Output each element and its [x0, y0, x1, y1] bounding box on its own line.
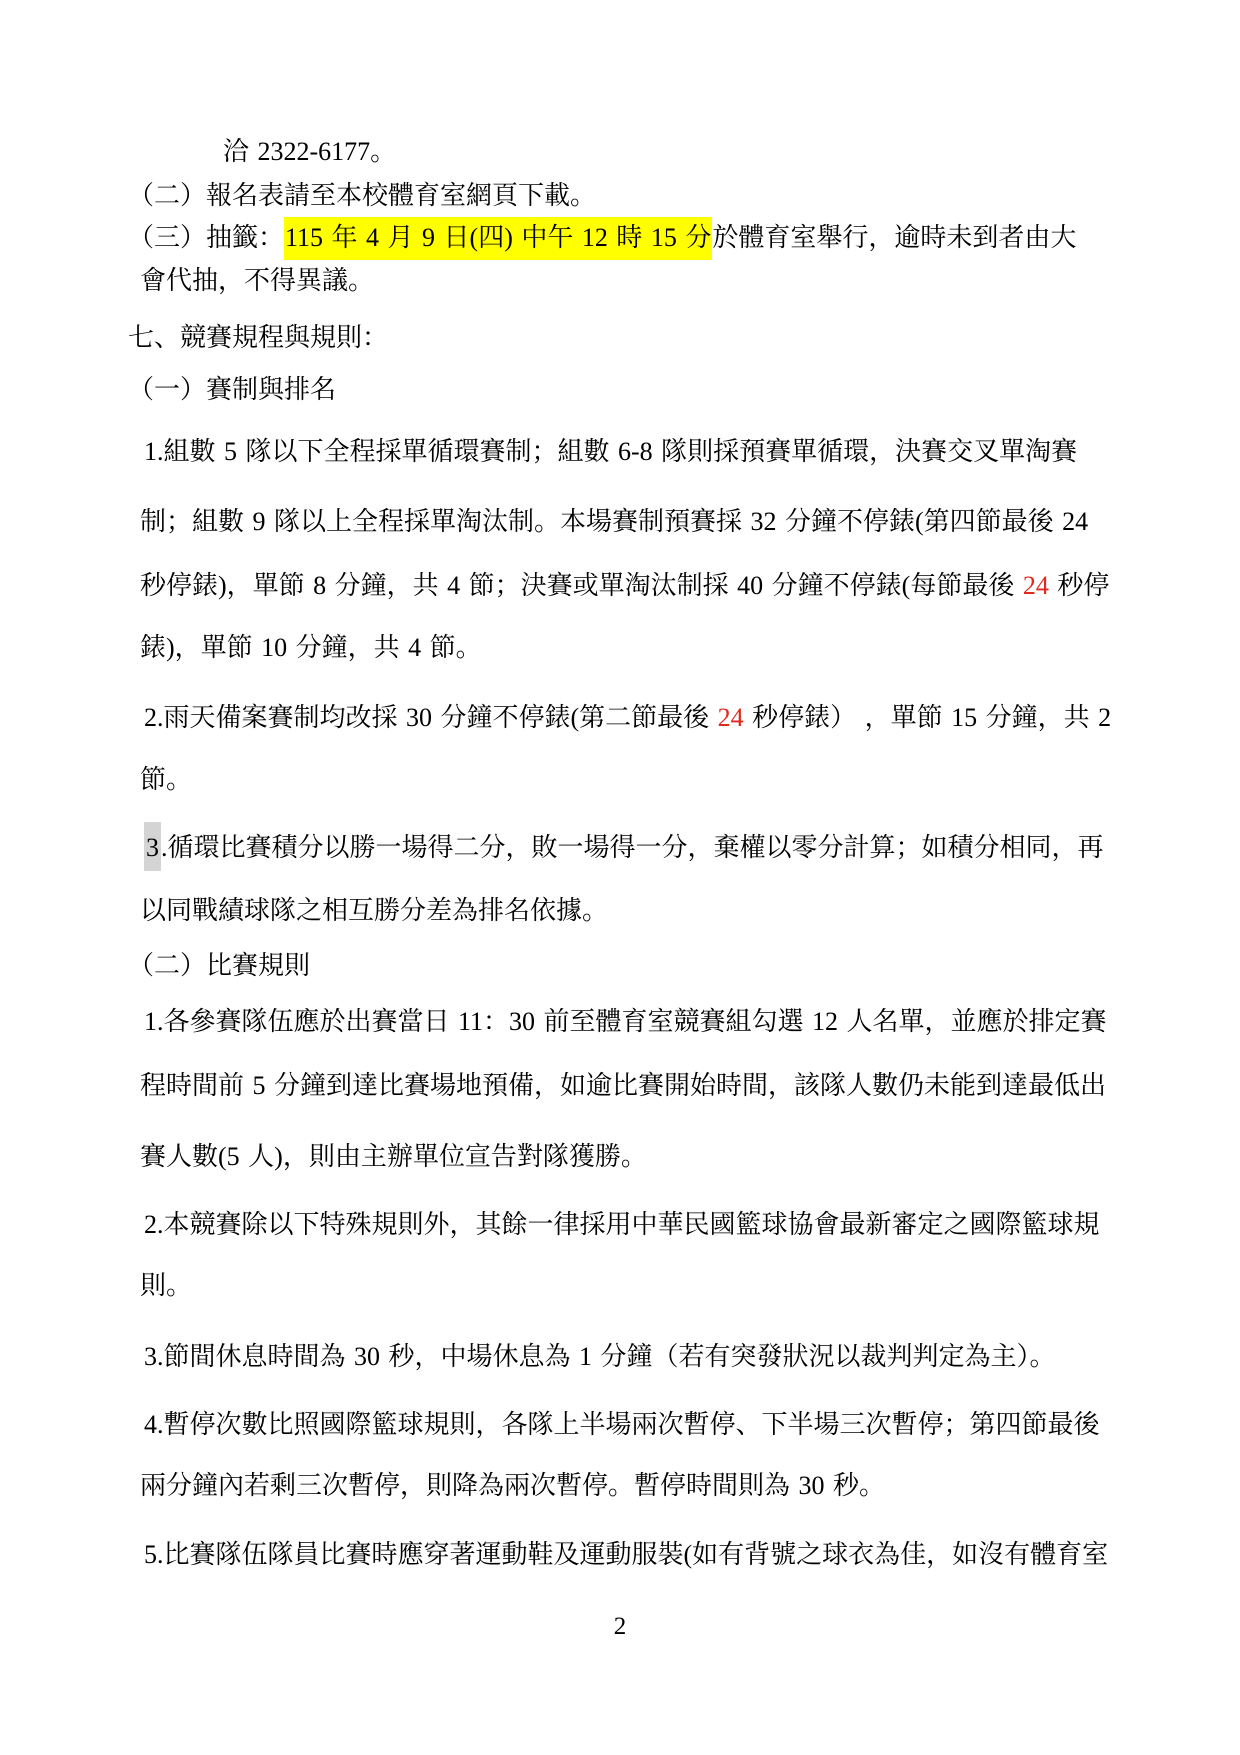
text-line: 會代抽，不得異議。: [0, 264, 1240, 298]
text-line: （三）抽籤：115 年 4 月 9 日(四) 中午 12 時 15 分於體育室舉…: [0, 221, 1240, 255]
text-segment: 秒停錶） ，單節 15 分鐘，共 2: [744, 703, 1112, 732]
text-segment: 以同戰績球隊之相互勝分差為排名依據。: [140, 896, 608, 925]
text-line: 4.暫停次數比照國際籃球規則，各隊上半場兩次暫停、下半場三次暫停；第四節最後: [0, 1408, 1240, 1442]
text-segment: （二）報名表請至本校體育室網頁下載。: [128, 181, 596, 210]
text-segment: 於體育室舉行，逾時未到者由大: [712, 223, 1076, 252]
text-line: 節。: [0, 763, 1240, 797]
text-segment: （三）抽籤：: [128, 223, 284, 252]
text-segment: .循環比賽積分以勝一場得二分，敗一場得一分，棄權以零分計算；如積分相同，再: [161, 833, 1104, 862]
text-line: （二）比賽規則: [0, 949, 1240, 983]
text-segment: 賽人數(5 人)，則由主辦單位宣告對隊獲勝。: [140, 1142, 647, 1171]
text-line: 程時間前 5 分鐘到達比賽場地預備，如逾比賽開始時間，該隊人數仍未能到達最低出: [0, 1069, 1240, 1103]
text-line: 七、競賽規程與規則：: [0, 321, 1240, 355]
text-segment: 制；組數 9 隊以上全程採單淘汰制。本場賽制預賽採 32 分鐘不停錶(第四節最後…: [140, 507, 1088, 536]
text-line: 5.比賽隊伍隊員比賽時應穿著運動鞋及運動服裝(如有背號之球衣為佳，如沒有體育室: [0, 1538, 1240, 1572]
red-emphasis-text: 24: [1023, 571, 1049, 600]
text-segment: 1.組數 5 隊以下全程採單循環賽制；組數 6-8 隊則採預賽單循環，決賽交叉單…: [144, 437, 1077, 466]
text-segment: 節。: [140, 765, 192, 794]
text-line: 2.本競賽除以下特殊規則外，其餘一律採用中華民國籃球協會最新審定之國際籃球規: [0, 1208, 1240, 1242]
document-page: 洽 2322-6177。（二）報名表請至本校體育室網頁下載。（三）抽籤：115 …: [0, 0, 1240, 1755]
text-line: 1.各參賽隊伍應於出賽當日 11：30 前至體育室競賽組勾選 12 人名單，並應…: [0, 1005, 1240, 1039]
text-segment: 則。: [140, 1271, 192, 1300]
text-line: 則。: [0, 1269, 1240, 1303]
gray-selected-text: 3: [144, 822, 161, 871]
text-segment: 5.比賽隊伍隊員比賽時應穿著運動鞋及運動服裝(如有背號之球衣為佳，如沒有體育室: [144, 1540, 1108, 1569]
text-segment: 秒停錶)，單節 8 分鐘，共 4 節；決賽或單淘汰制採 40 分鐘不停錶(每節最…: [140, 571, 1023, 600]
text-line: 洽 2322-6177。: [0, 135, 1240, 169]
text-segment: 4.暫停次數比照國際籃球規則，各隊上半場兩次暫停、下半場三次暫停；第四節最後: [144, 1410, 1100, 1439]
document-body: 洽 2322-6177。（二）報名表請至本校體育室網頁下載。（三）抽籤：115 …: [0, 0, 1240, 1572]
text-line: 制；組數 9 隊以上全程採單淘汰制。本場賽制預賽採 32 分鐘不停錶(第四節最後…: [0, 505, 1240, 539]
text-segment: 兩分鐘內若剩三次暫停，則降為兩次暫停。暫停時間則為 30 秒。: [140, 1471, 885, 1500]
text-line: 兩分鐘內若剩三次暫停，則降為兩次暫停。暫停時間則為 30 秒。: [0, 1469, 1240, 1503]
text-line: （一）賽制與排名: [0, 373, 1240, 407]
text-line: 秒停錶)，單節 8 分鐘，共 4 節；決賽或單淘汰制採 40 分鐘不停錶(每節最…: [0, 569, 1240, 603]
highlighted-text: 115 年 4 月 9 日(四) 中午 12 時 15 分: [284, 217, 712, 260]
text-line: 2.雨天備案賽制均改採 30 分鐘不停錶(第二節最後 24 秒停錶） ，單節 1…: [0, 701, 1240, 735]
text-line: 錶)，單節 10 分鐘，共 4 節。: [0, 631, 1240, 665]
text-line: 1.組數 5 隊以下全程採單循環賽制；組數 6-8 隊則採預賽單循環，決賽交叉單…: [0, 435, 1240, 469]
text-segment: 2.本競賽除以下特殊規則外，其餘一律採用中華民國籃球協會最新審定之國際籃球規: [144, 1210, 1100, 1239]
red-emphasis-text: 24: [718, 703, 744, 732]
text-segment: 3.節間休息時間為 30 秒，中場休息為 1 分鐘（若有突發狀況以裁判判定為主）…: [144, 1342, 1056, 1371]
text-segment: 七、競賽規程與規則：: [128, 323, 388, 352]
text-segment: （二）比賽規則: [128, 951, 310, 980]
text-line: （二）報名表請至本校體育室網頁下載。: [0, 179, 1240, 213]
text-segment: 洽 2322-6177。: [223, 137, 396, 166]
page-number: 2: [0, 1610, 1240, 1644]
text-segment: 程時間前 5 分鐘到達比賽場地預備，如逾比賽開始時間，該隊人數仍未能到達最低出: [140, 1071, 1106, 1100]
text-segment: （一）賽制與排名: [128, 375, 336, 404]
text-segment: 會代抽，不得異議。: [140, 266, 374, 295]
text-line: 3.循環比賽積分以勝一場得二分，敗一場得一分，棄權以零分計算；如積分相同，再: [0, 831, 1240, 865]
text-segment: 2.雨天備案賽制均改採 30 分鐘不停錶(第二節最後: [144, 703, 718, 732]
text-line: 3.節間休息時間為 30 秒，中場休息為 1 分鐘（若有突發狀況以裁判判定為主）…: [0, 1340, 1240, 1374]
text-segment: 1.各參賽隊伍應於出賽當日 11：30 前至體育室競賽組勾選 12 人名單，並應…: [144, 1007, 1107, 1036]
text-line: 賽人數(5 人)，則由主辦單位宣告對隊獲勝。: [0, 1140, 1240, 1174]
text-line: 以同戰績球隊之相互勝分差為排名依據。: [0, 894, 1240, 928]
text-segment: 秒停: [1049, 571, 1110, 600]
text-segment: 錶)，單節 10 分鐘，共 4 節。: [140, 633, 482, 662]
